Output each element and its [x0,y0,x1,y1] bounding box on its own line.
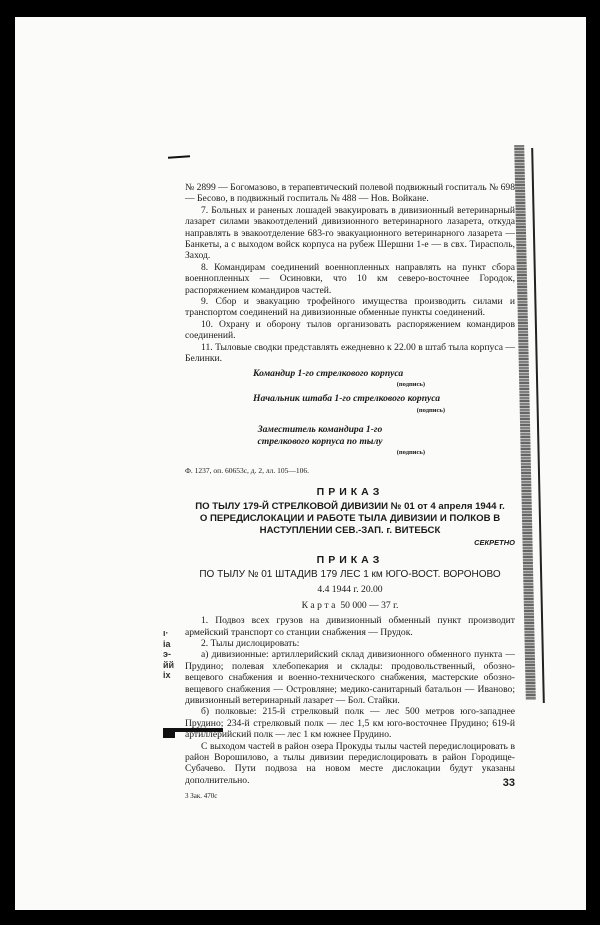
signature-title: Командир 1-го стрелкового корпуса [185,368,515,379]
signature-title: Заместитель командира 1-го стрелкового к… [185,424,405,447]
margin-fragment: ix [163,670,174,681]
paragraph: 1. Подвоз всех грузов на дивизионный обм… [185,615,515,638]
margin-fragment: ı· [163,628,174,639]
margin-fragment: йй [163,660,174,671]
map-label: Карта [302,600,338,611]
signature-note: (подпись) [185,405,445,416]
paragraph: 2. Тылы дислоцировать: [185,638,515,649]
signature-deputy: Заместитель командира 1-го стрелкового к… [185,424,515,458]
order2-title: ПРИКАЗ [185,555,515,566]
paragraph: 9. Сбор и эвакуацию трофейного имущества… [185,296,515,319]
paragraph: 10. Охрану и оборону тылов организовать … [185,319,515,342]
margin-fragment: э- [163,649,174,660]
paragraph: С выходом частей в район озера Прокуды т… [185,741,515,787]
order1-title: ПРИКАЗ [185,487,515,498]
signature-note: (подпись) [185,379,425,390]
signature-commander: Командир 1-го стрелкового корпуса (подпи… [185,368,515,391]
paragraph: № 2899 — Богомазово, в терапевтический п… [185,182,515,205]
paragraph: б) полковые: 215-й стрелковый полк — лес… [185,706,515,740]
page-number: 33 [503,778,515,789]
signature-note: (подпись) [185,447,425,458]
paragraph: а) дивизионные: артиллерийский склад див… [185,649,515,706]
document-body: № 2899 — Богомазово, в терапевтический п… [185,182,515,802]
printer-folio: 3 Зак. 470с [185,791,217,802]
map-reference: Карта 50 000 — 37 г. [185,600,515,611]
archive-reference: Ф. 1237, оп. 60653с, д. 2, лл. 105—106. [185,465,515,476]
signature-block: Командир 1-го стрелкового корпуса (подпи… [185,368,515,459]
paragraph: 7. Больных и раненых лошадей эвакуироват… [185,205,515,262]
map-value: 50 000 — 37 г. [340,600,398,611]
signature-chief-of-staff: Начальник штаба 1-го стрелкового корпуса… [185,393,515,416]
paragraph: 11. Тыловые сводки представлять ежедневн… [185,342,515,365]
page-footer: 3 Зак. 470с 33 [185,788,515,802]
classification-label: СЕКРЕТНО [185,537,515,548]
margin-fragments: ı· ia э- йй ix [163,628,174,681]
margin-fragment: ia [163,639,174,650]
order1-heading: ПО ТЫЛУ 179-Й СТРЕЛКОВОЙ ДИВИЗИИ № 01 от… [185,501,515,537]
order2-heading: ПО ТЫЛУ № 01 ШТАДИВ 179 ЛЕС 1 км ЮГО-ВОС… [185,569,515,580]
signature-title: Начальник штаба 1-го стрелкового корпуса [185,393,515,404]
paragraph: 8. Командирам соединений военнопленных н… [185,262,515,296]
order2-datetime: 4.4 1944 г. 20.00 [185,584,515,595]
order2-body: 1. Подвоз всех грузов на дивизионный обм… [185,615,515,786]
